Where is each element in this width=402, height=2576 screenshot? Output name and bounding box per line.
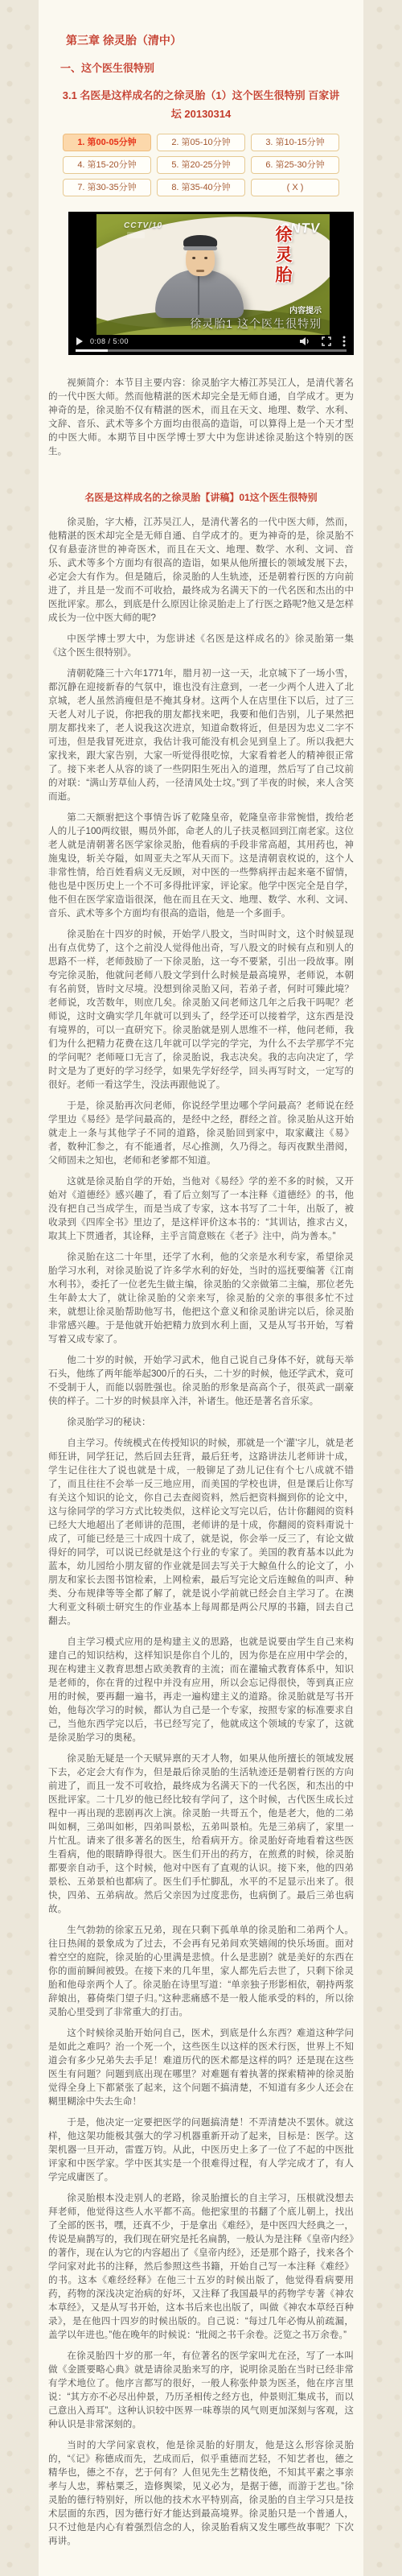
video-heading: 3.1 名医是这样成名的之徐灵胎（1）这个医生很特别 百家讲坛 20130314: [48, 86, 354, 124]
transcript-heading: 名医是这样成名的之徐灵胎【讲稿】01这个医生很特别: [48, 490, 354, 504]
chapter-title: 第三章 徐灵胎（清中）: [48, 32, 354, 48]
segment-button[interactable]: 8. 第35-40分钟: [157, 179, 245, 196]
transcript-paragraph: 自主学习模式应用的是构建主义的思路，也就是说要由学生自己来构建自己的知识结构，这…: [48, 1635, 354, 1744]
segment-button[interactable]: 1. 第00-05分钟: [63, 134, 151, 151]
video-progress-bar[interactable]: [76, 349, 347, 352]
segment-button[interactable]: 5. 第20-25分钟: [157, 156, 245, 174]
transcript-paragraph: 徐灵胎根本没走别人的老路，徐灵胎擅长的自主学习，压根就没想去拜老师，他觉得这些人…: [48, 2191, 354, 2342]
segment-button[interactable]: ( X ): [251, 179, 339, 196]
transcript-paragraph: 徐灵胎在十四岁的时候，开始学八股文，当时叫时文，这个时候显现出有点优势了，这个之…: [48, 927, 354, 1092]
cctv10-sublogo: [127, 232, 145, 238]
transcript-paragraph: 徐灵胎无疑是一个天赋异禀的天才人物，如果从他所擅长的领域发展下去，必定会大有作为…: [48, 1752, 354, 1916]
transcript-paragraph: 这个时候徐灵胎开始问自己，医术，到底是什么东西？难道这种学问是如此之难吗？治一个…: [48, 2026, 354, 2108]
video-intro-paragraph: 视频简介：本节目主要内容：徐灵胎字大椿江苏吴江人，是清代著名的一代中医大师。然而…: [48, 376, 354, 458]
volume-icon[interactable]: [300, 336, 310, 346]
transcript-paragraph: 徐灵胎在这二十年里，还学了水利，他的父亲是水利专家，希望徐灵胎学习水利，对徐灵胎…: [48, 1250, 354, 1346]
fullscreen-icon[interactable]: [322, 336, 331, 346]
article-container: 第三章 徐灵胎（清中） 一、这个医生很特别 3.1 名医是这样成名的之徐灵胎（1…: [39, 0, 363, 2576]
transcript-paragraph: 徐灵胎学习的秘诀：: [48, 1415, 354, 1429]
transcript-paragraph: 自主学习。传统模式在传授知识的时候，那就是一个‘灌’字儿，就是老师狂讲，同学狂记…: [48, 1436, 354, 1628]
segment-button[interactable]: 2. 第05-10分钟: [157, 134, 245, 151]
transcript-paragraph: 于是，他决定一定要把医学的问题搞清楚！不弄清楚决不罢休。就这样，他这架功能极其强…: [48, 2116, 354, 2184]
video-progress-fill: [76, 349, 108, 352]
transcript-paragraph: 他二十岁的时候，开始学习武术，他自己说自己身体不好，就每天举石头，他练了两年能举…: [48, 1353, 354, 1408]
segment-button[interactable]: 4. 第15-20分钟: [63, 156, 151, 174]
play-icon[interactable]: [76, 337, 83, 345]
transcript-paragraph: 这就是徐灵胎自学的开始，当他对《易经》学的差不多的时候，又开始对《道德经》感兴趣…: [48, 1174, 354, 1243]
transcript-paragraph: 第二天额驸把这个事情告诉了乾隆皇帝，乾隆皇帝非常惋惜，拨给老人的儿子100两纹银…: [48, 811, 354, 920]
section-title: 一、这个医生很特别: [48, 60, 354, 75]
video-caption: 内容提示 徐灵胎1 这个医生很特别: [190, 303, 322, 332]
video-screen: CCTV/10 CNTV 徐灵胎 内容提示 徐灵胎1 这个医生很特别: [96, 214, 330, 335]
more-options-icon[interactable]: [343, 336, 346, 347]
segment-button[interactable]: 6. 第25-30分钟: [251, 156, 339, 174]
video-controls: 0:08 / 5:00: [68, 335, 354, 349]
caption-label: 内容提示: [190, 303, 322, 316]
transcript-paragraph: 徐灵胎，字大椿，江苏吴江人，是清代著名的一代中医大师，然而，他精湛的医术却完全是…: [48, 515, 354, 625]
transcript-paragraph: 于是，徐灵胎再次问老师，你说经学里边哪个学问最高？老师说在经学里边《易经》是学问…: [48, 1099, 354, 1167]
portrait-cap: [183, 235, 217, 249]
segment-button[interactable]: 3. 第10-15分钟: [251, 134, 339, 151]
time-display: 0:08 / 5:00: [90, 337, 129, 345]
transcript-paragraphs: 徐灵胎，字大椿，江苏吴江人，是清代著名的一代中医大师，然而，他精湛的医术却完全是…: [48, 515, 354, 2548]
transcript-paragraph: 清朝乾隆三十六年1771年，腊月初一这一天，北京城下了一场小雪，都沉静在迎接新春…: [48, 667, 354, 803]
transcript-paragraph: 中医学博士罗大中，为您讲述《名医是这样成名的》徐灵胎第一集《这个医生很特别》。: [48, 632, 354, 659]
transcript-paragraph: 当时的大学问家袁枚，他是徐灵胎的好朋友，他是这么形容徐灵胎的，“《记》称德成而先…: [48, 2438, 354, 2548]
caption-text: 徐灵胎1 这个医生很特别: [190, 316, 322, 332]
segment-button-grid: 1. 第00-05分钟2. 第05-10分钟3. 第10-15分钟4. 第15-…: [63, 134, 339, 196]
transcript-paragraph: 在徐灵胎四十岁的那一年，有位著名的医学家叫尤在泾，写了一本叫做《金匮要略心典》就…: [48, 2349, 354, 2431]
segment-button[interactable]: 7. 第30-35分钟: [63, 179, 151, 196]
video-vertical-title: 徐灵胎: [270, 225, 294, 314]
transcript-paragraph: 生气勃勃的徐家五兄弟，现在只剩下孤单单的徐灵胎和二弟两个人。往日热闹的景象成为了…: [48, 1923, 354, 2019]
video-player[interactable]: CCTV/10 CNTV 徐灵胎 内容提示 徐灵胎1 这个医生很特别 0:08 …: [68, 212, 354, 355]
